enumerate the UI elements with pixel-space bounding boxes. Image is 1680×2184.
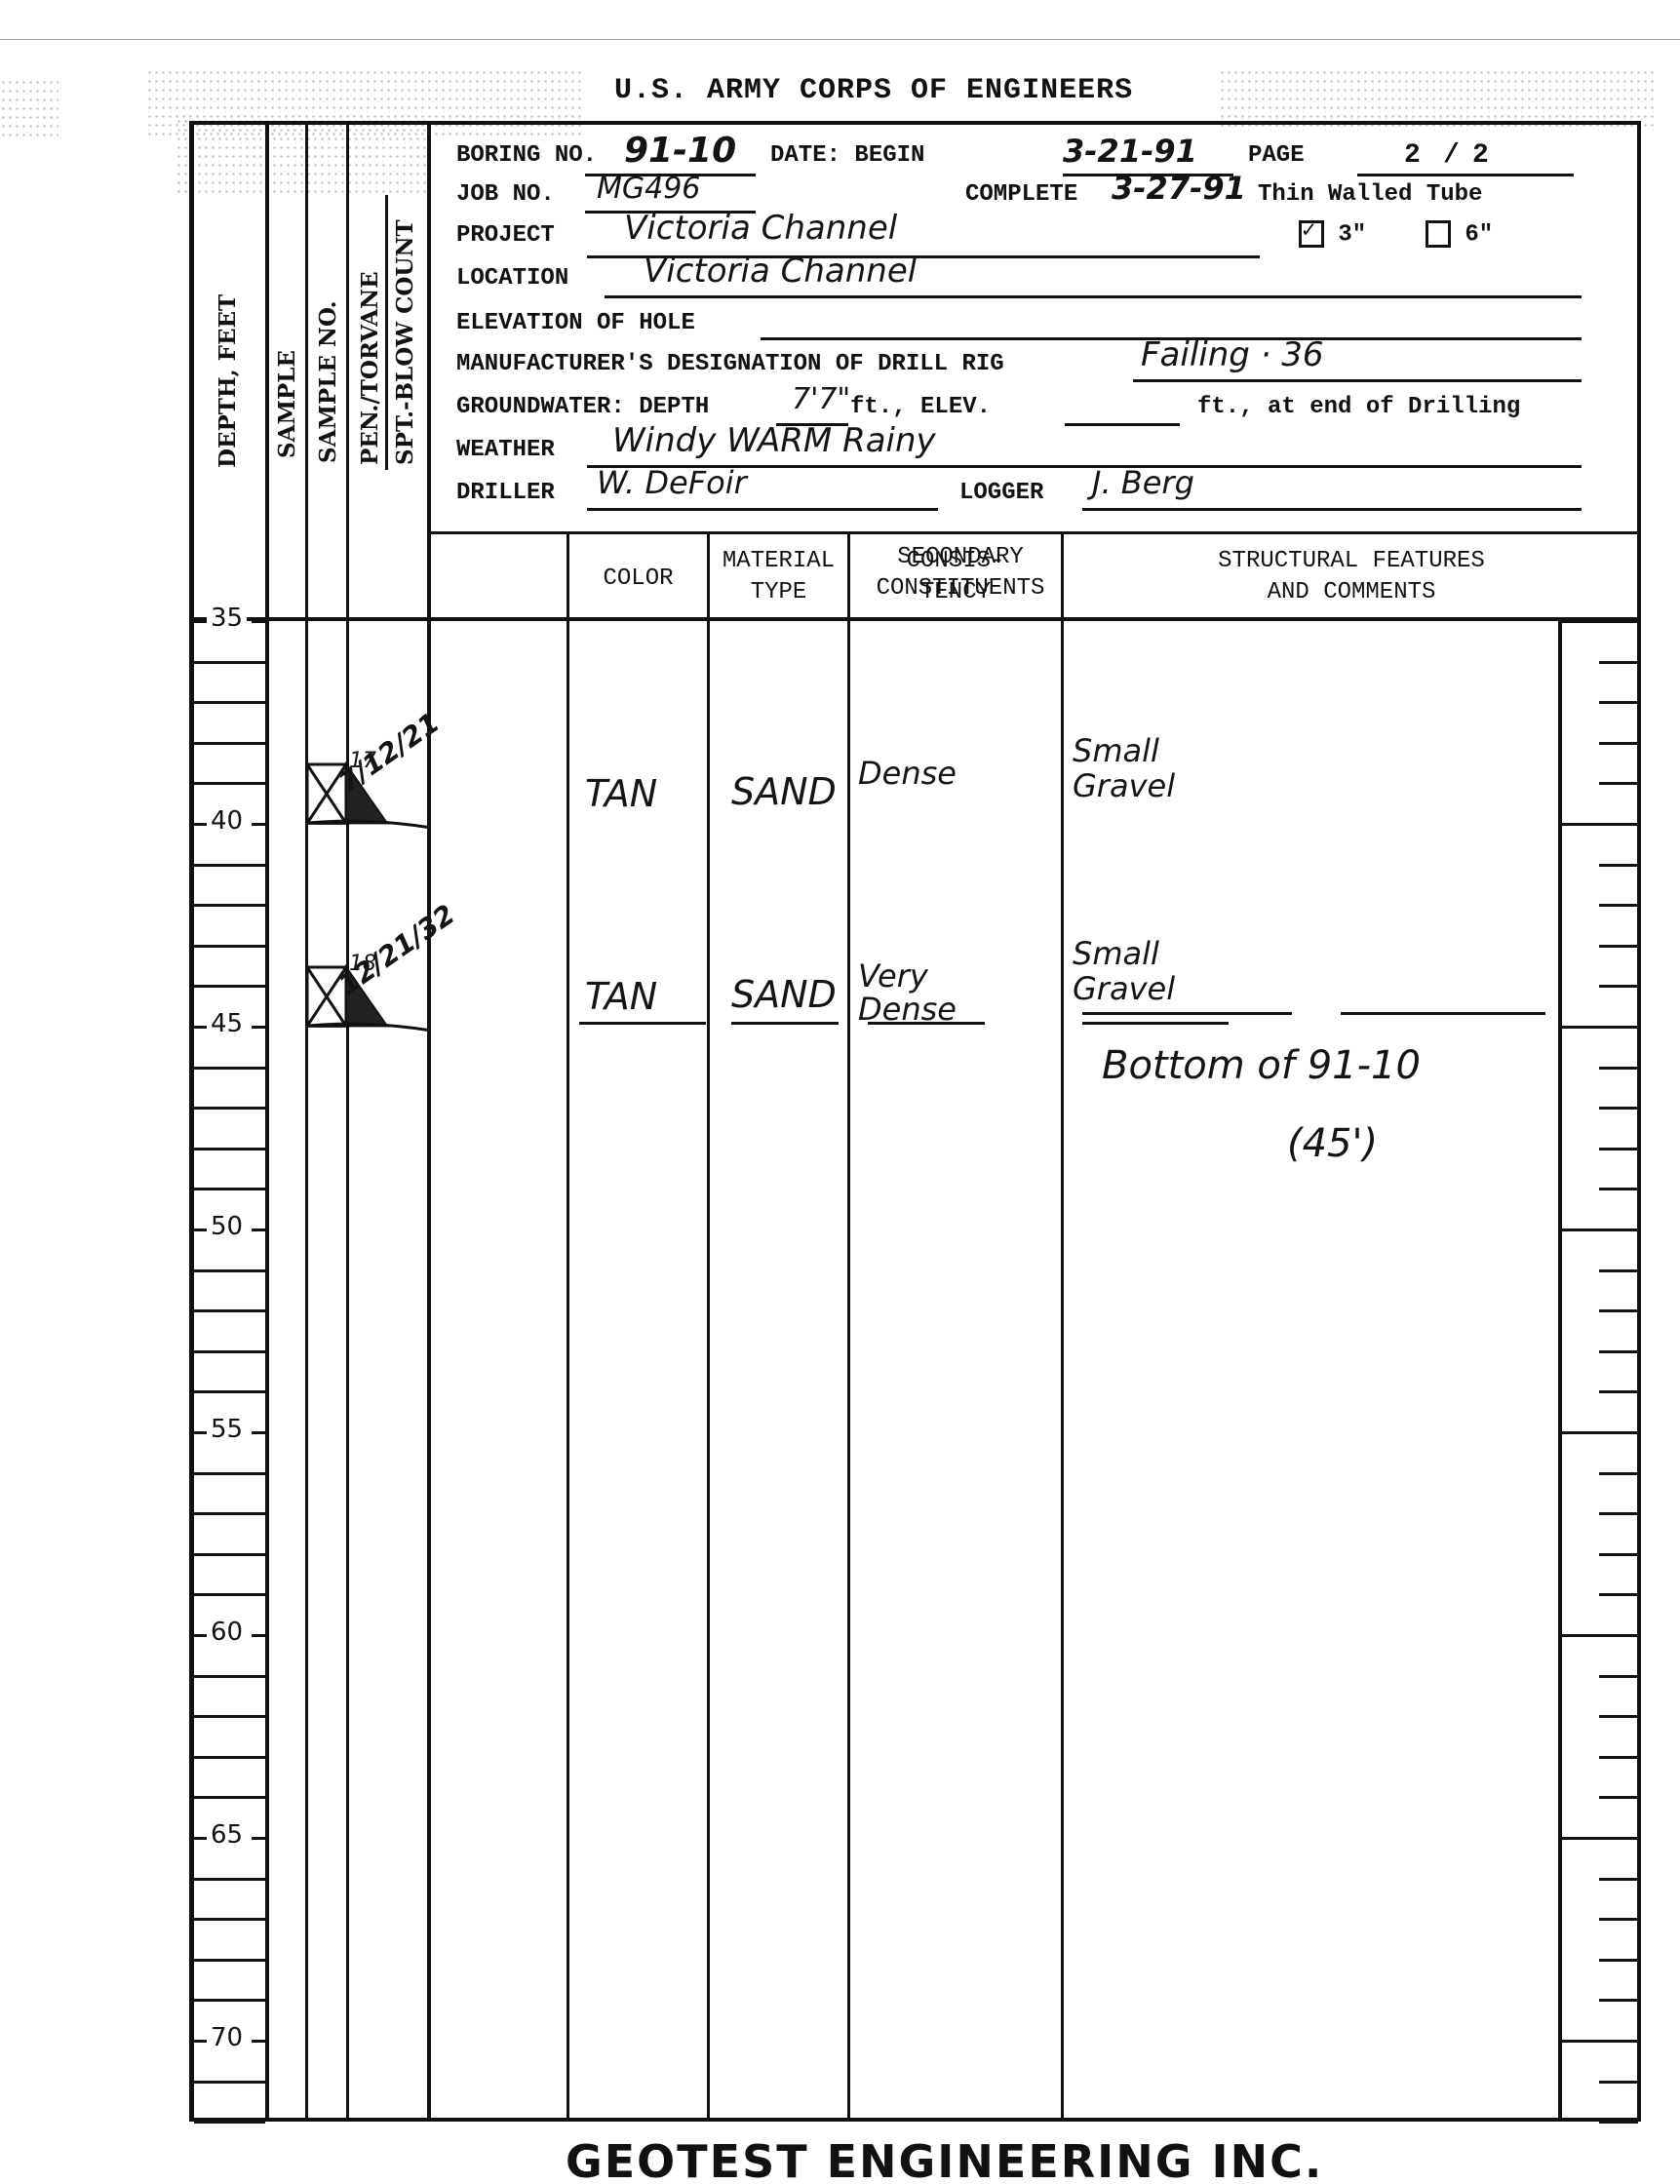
material-type: SAND bbox=[731, 973, 837, 1016]
right-scale-tick bbox=[1599, 904, 1638, 907]
form-bottom-border bbox=[189, 2118, 1641, 2122]
right-scale-tick bbox=[1599, 782, 1638, 785]
check-icon: ✓ bbox=[1302, 215, 1315, 245]
ft-elev-label: ft., ELEV. bbox=[850, 394, 991, 420]
tube-3in-checkbox[interactable]: ✓ bbox=[1299, 220, 1324, 248]
depth-major-tick-right bbox=[252, 823, 265, 826]
right-scale-tick bbox=[1599, 1309, 1638, 1312]
depth-label: 50 bbox=[207, 1212, 247, 1241]
material-header-line2: TYPE bbox=[710, 577, 847, 608]
right-scale-tick bbox=[1599, 1675, 1638, 1678]
page-label: PAGE bbox=[1248, 142, 1305, 169]
right-scale-tick bbox=[1599, 661, 1638, 664]
table-header-top bbox=[427, 531, 1641, 534]
depth-header: DEPTH, FEET bbox=[215, 294, 241, 468]
agency-title: U.S. ARMY CORPS OF ENGINEERS bbox=[614, 74, 1133, 107]
soil-color: TAN bbox=[585, 975, 657, 1018]
structural-header-line2: AND COMMENTS bbox=[1064, 577, 1639, 608]
depth-major-tick-left bbox=[194, 1837, 208, 1840]
tube-6in-label: 6" bbox=[1465, 221, 1493, 248]
depth-tick-line bbox=[194, 1878, 265, 1881]
secondary-constituents: Small Gravel bbox=[1073, 936, 1229, 1006]
driller-label: DRILLER bbox=[456, 480, 555, 506]
right-scale-tick bbox=[1599, 1918, 1638, 1921]
depth-tick-line bbox=[194, 1675, 265, 1678]
material-header-line1: MATERIAL bbox=[710, 546, 847, 577]
project-label: PROJECT bbox=[456, 222, 555, 249]
right-scale-major-tick bbox=[1560, 2040, 1638, 2043]
boring-no-value[interactable]: 91-10 bbox=[624, 131, 736, 171]
secondary-header-line1: SECONDARY bbox=[858, 542, 1063, 573]
depth-tick-line bbox=[194, 1269, 265, 1272]
right-scale-tick bbox=[1599, 742, 1638, 745]
depth-tick-line bbox=[194, 742, 265, 745]
right-scale-tick bbox=[1599, 1999, 1638, 2002]
depth-tick-line bbox=[194, 1472, 265, 1475]
right-scale-tick bbox=[1599, 701, 1638, 704]
depth-tick-line bbox=[194, 1350, 265, 1353]
groundwater-depth-value[interactable]: 7'7" bbox=[792, 382, 850, 416]
depth-tick-line bbox=[194, 661, 265, 664]
depth-label: 55 bbox=[207, 1415, 247, 1444]
complete-label: COMPLETE bbox=[965, 181, 1077, 208]
depth-major-tick-right bbox=[252, 1634, 265, 1637]
depth-label: 40 bbox=[207, 806, 247, 836]
depth-tick-line bbox=[194, 1309, 265, 1312]
material-col-divider bbox=[707, 531, 710, 2120]
bottom-depth-note: (45') bbox=[1287, 1121, 1378, 1166]
depth-tick-line bbox=[194, 1107, 265, 1110]
sample-no-header: SAMPLE NO. bbox=[315, 300, 341, 463]
depth-major-tick-right bbox=[252, 1837, 265, 1840]
job-no-value[interactable]: MG496 bbox=[597, 172, 700, 206]
pen-torvane-header: PEN./TORVANE bbox=[357, 271, 383, 465]
depth-major-tick-right bbox=[252, 620, 265, 623]
right-scale-tick bbox=[1599, 1269, 1638, 1272]
depth-label: 70 bbox=[207, 2023, 247, 2052]
right-scale-tick bbox=[1599, 2121, 1638, 2124]
right-scale-tick bbox=[1599, 1593, 1638, 1596]
depth-tick-line bbox=[194, 1796, 265, 1799]
right-scale-tick bbox=[1599, 1959, 1638, 1962]
scale-col-divider bbox=[1558, 620, 1562, 2120]
right-scale-major-tick bbox=[1560, 620, 1638, 623]
date-begin-value[interactable]: 3-21-91 bbox=[1063, 133, 1197, 170]
structural-header: STRUCTURAL FEATURES AND COMMENTS bbox=[1064, 546, 1639, 608]
form-right-border bbox=[1637, 121, 1641, 2120]
company-footer: GEOTEST ENGINEERING INC. bbox=[566, 2135, 1323, 2184]
soil-color: TAN bbox=[585, 772, 657, 815]
depth-label: 60 bbox=[207, 1618, 247, 1647]
depth-tick-line bbox=[194, 1553, 265, 1556]
right-scale-tick bbox=[1599, 1796, 1638, 1799]
right-scale-major-tick bbox=[1560, 1634, 1638, 1637]
right-scale-tick bbox=[1599, 2081, 1638, 2084]
logger-underline bbox=[1082, 508, 1582, 511]
sample-header: SAMPLE bbox=[274, 350, 300, 458]
location-label: LOCATION bbox=[456, 265, 568, 292]
scan-noise bbox=[0, 78, 59, 136]
page-current: 2 bbox=[1404, 140, 1421, 171]
depth-tick-line bbox=[194, 1959, 265, 1962]
depth-tick-line bbox=[194, 1188, 265, 1190]
page-slash: / bbox=[1443, 140, 1460, 171]
secondary-col-divider bbox=[1061, 531, 1064, 2120]
depth-tick-line bbox=[194, 1512, 265, 1515]
right-scale-tick bbox=[1599, 1756, 1638, 1759]
consistency: Dense bbox=[858, 757, 1034, 790]
right-scale-major-tick bbox=[1560, 1228, 1638, 1231]
right-scale-tick bbox=[1599, 1512, 1638, 1515]
depth-major-tick-left bbox=[194, 620, 208, 623]
pen-spt-divider bbox=[385, 195, 388, 470]
sample-col-divider bbox=[305, 121, 308, 2120]
tube-3in-option[interactable]: ✓ 3" bbox=[1299, 220, 1366, 248]
page-underline bbox=[1357, 174, 1574, 176]
handwritten-underline bbox=[579, 1022, 706, 1025]
depth-tick-line bbox=[194, 2081, 265, 2084]
right-scale-tick bbox=[1599, 1715, 1638, 1718]
right-scale-tick bbox=[1599, 945, 1638, 948]
driller-value[interactable]: W. DeFoir bbox=[597, 464, 747, 501]
depth-major-tick-left bbox=[194, 2040, 208, 2043]
tube-3in-label: 3" bbox=[1338, 221, 1366, 248]
groundwater-label: GROUNDWATER: DEPTH bbox=[456, 394, 709, 420]
date-begin-label: DATE: BEGIN bbox=[770, 142, 924, 169]
tube-6in-option[interactable]: 6" bbox=[1426, 220, 1493, 248]
groundwater-elev-underline bbox=[1065, 423, 1180, 426]
tube-label: Thin Walled Tube bbox=[1258, 181, 1482, 208]
scan-noise bbox=[176, 117, 429, 195]
depth-tick-line bbox=[194, 1756, 265, 1759]
sampleno-col-divider bbox=[346, 121, 349, 2120]
page-total: 2 bbox=[1472, 140, 1489, 171]
scan-edge-line bbox=[0, 39, 1680, 40]
scan-noise bbox=[1219, 68, 1658, 127]
right-scale-major-tick bbox=[1560, 1431, 1638, 1434]
depth-tick-line bbox=[194, 1715, 265, 1718]
material-header: MATERIAL TYPE bbox=[710, 546, 847, 608]
depth-major-tick-left bbox=[194, 1026, 208, 1029]
right-scale-tick bbox=[1599, 1390, 1638, 1393]
driller-underline bbox=[587, 508, 938, 511]
handwritten-underline bbox=[731, 1022, 839, 1025]
depth-tick-line bbox=[194, 1148, 265, 1150]
location-value[interactable]: Victoria Channel bbox=[644, 252, 917, 291]
right-scale-tick bbox=[1599, 1350, 1638, 1353]
right-scale-tick bbox=[1599, 1148, 1638, 1150]
depth-major-tick-right bbox=[252, 1026, 265, 1029]
form-left-border bbox=[189, 121, 194, 2120]
structural-header-line1: STRUCTURAL FEATURES bbox=[1064, 546, 1639, 577]
depth-label: 45 bbox=[207, 1009, 247, 1038]
drill-rig-label: MANUFACTURER'S DESIGNATION OF DRILL RIG bbox=[456, 351, 1004, 377]
depth-tick-line bbox=[194, 701, 265, 704]
right-scale-tick bbox=[1599, 1553, 1638, 1556]
complete-value[interactable]: 3-27-91 bbox=[1112, 170, 1246, 207]
form-top-border bbox=[189, 121, 1641, 125]
job-no-label: JOB NO. bbox=[456, 181, 555, 208]
color-header: COLOR bbox=[569, 564, 707, 595]
pen-col-divider bbox=[427, 121, 431, 2120]
depth-major-tick-left bbox=[194, 823, 208, 826]
depth-major-tick-left bbox=[194, 1228, 208, 1231]
right-scale-tick bbox=[1599, 985, 1638, 988]
depth-col-divider bbox=[265, 121, 269, 2120]
tube-6in-checkbox[interactable] bbox=[1426, 220, 1451, 248]
secondary-header-line2: CONSTITUENTS bbox=[858, 573, 1063, 604]
logger-value[interactable]: J. Berg bbox=[1092, 464, 1194, 501]
right-scale-tick bbox=[1599, 1107, 1638, 1110]
boring-no-label: BORING NO. bbox=[456, 142, 597, 169]
depth-tick-line bbox=[194, 1918, 265, 1921]
right-scale-major-tick bbox=[1560, 1837, 1638, 1840]
depth-tick-line bbox=[194, 904, 265, 907]
right-scale-tick bbox=[1599, 864, 1638, 867]
weather-label: WEATHER bbox=[456, 437, 555, 463]
secondary-constituents: Small Gravel bbox=[1073, 733, 1229, 803]
right-scale-major-tick bbox=[1560, 823, 1638, 826]
bottom-rule-1 bbox=[1082, 1012, 1292, 1015]
project-value[interactable]: Victoria Channel bbox=[624, 209, 897, 248]
depth-tick-line bbox=[194, 985, 265, 988]
drill-rig-value[interactable]: Failing · 36 bbox=[1141, 335, 1324, 374]
table-header-bottom bbox=[189, 617, 1641, 621]
handwritten-underline bbox=[868, 1022, 985, 1025]
depth-major-tick-left bbox=[194, 1634, 208, 1637]
ft-end-label: ft., at end of Drilling bbox=[1197, 394, 1520, 420]
right-scale-tick bbox=[1599, 1472, 1638, 1475]
right-scale-tick bbox=[1599, 1878, 1638, 1881]
weather-value[interactable]: Windy WARM Rainy bbox=[612, 421, 936, 460]
depth-tick-line bbox=[194, 1390, 265, 1393]
spt-blow-count-header: SPT.-BLOW COUNT bbox=[392, 219, 418, 465]
consistency: Very Dense bbox=[858, 959, 1034, 1026]
consistency-col-divider bbox=[847, 531, 850, 2120]
logger-label: LOGGER bbox=[959, 480, 1043, 506]
handwritten-underline bbox=[1082, 1022, 1229, 1025]
depth-tick-line bbox=[194, 945, 265, 948]
color-col-divider bbox=[567, 531, 569, 2120]
location-underline bbox=[605, 295, 1582, 298]
right-scale-tick bbox=[1599, 1067, 1638, 1070]
depth-tick-line bbox=[194, 1593, 265, 1596]
depth-tick-line bbox=[194, 864, 265, 867]
bottom-rule-2 bbox=[1341, 1012, 1545, 1015]
depth-major-tick-left bbox=[194, 1431, 208, 1434]
material-type: SAND bbox=[731, 770, 837, 813]
depth-tick-line bbox=[194, 782, 265, 785]
secondary-header-box: SECONDARY CONSTITUENTS bbox=[858, 542, 1063, 604]
depth-label: 65 bbox=[207, 1820, 247, 1850]
elevation-label: ELEVATION OF HOLE bbox=[456, 310, 695, 336]
depth-tick-line bbox=[194, 1067, 265, 1070]
depth-tick-line bbox=[194, 1999, 265, 2002]
right-scale-tick bbox=[1599, 1188, 1638, 1190]
drill-rig-underline bbox=[1133, 379, 1582, 382]
depth-label: 35 bbox=[207, 604, 247, 633]
depth-major-tick-right bbox=[252, 2040, 265, 2043]
depth-tick-line bbox=[194, 2121, 265, 2124]
depth-major-tick-right bbox=[252, 1228, 265, 1231]
right-scale-major-tick bbox=[1560, 1026, 1638, 1029]
depth-major-tick-right bbox=[252, 1431, 265, 1434]
bottom-note: Bottom of 91-10 bbox=[1102, 1043, 1421, 1088]
